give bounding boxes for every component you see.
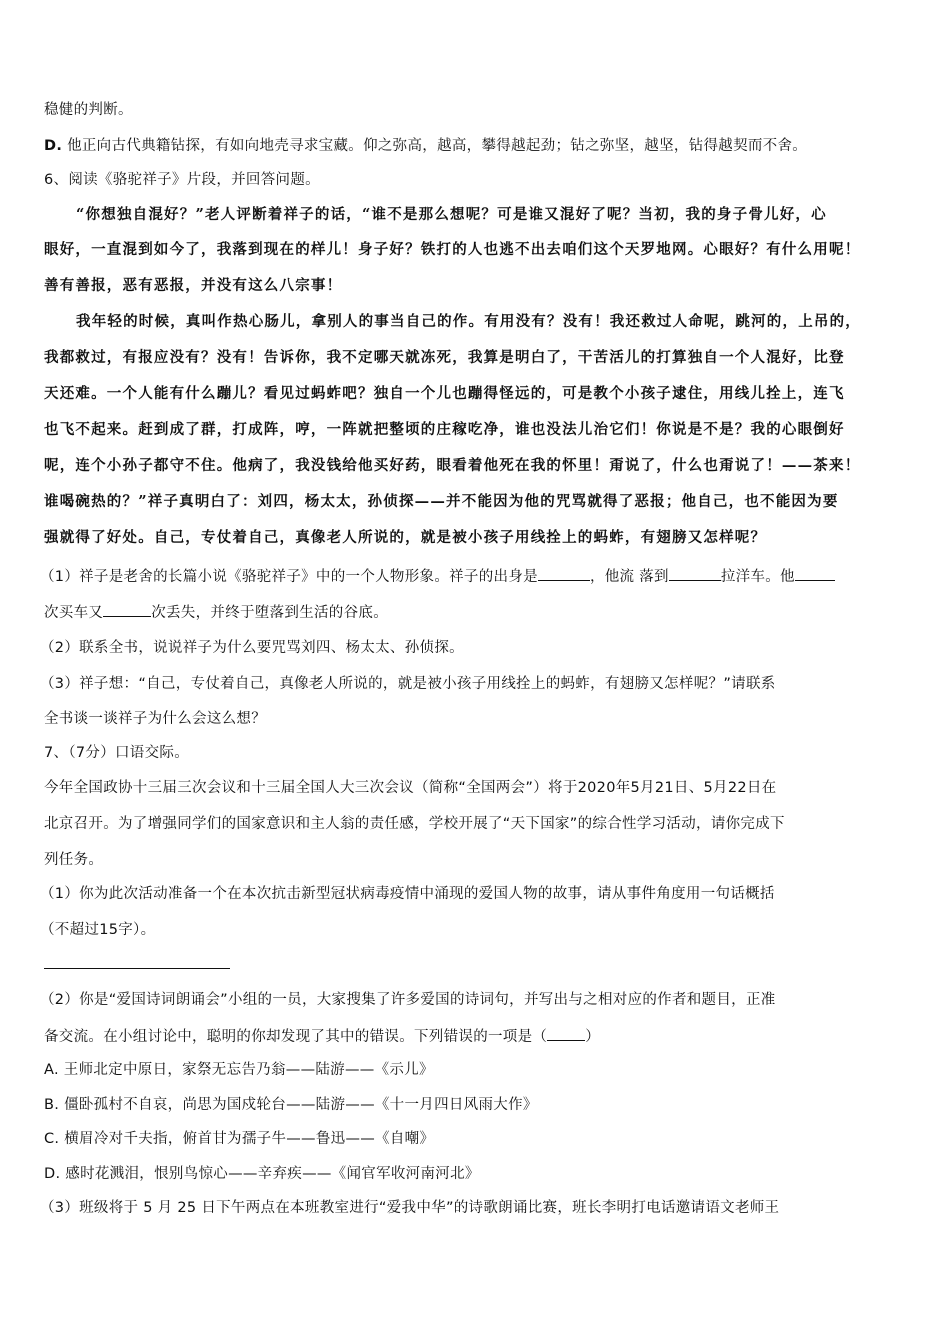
passage-line: 善有善报，恶有恶报，并没有这么八宗事！ bbox=[44, 276, 342, 296]
passage-line: 我都救过，有报应没有？没有！告诉你，我不定哪天就冻死，我算是明白了，干苦活儿的打… bbox=[44, 348, 845, 368]
question-7-1: （1）你为此次活动准备一个在本次抗击新型冠状病毒疫情中涌现的爱国人物的故事，请从… bbox=[40, 884, 775, 904]
question-text: 备交流。在小组讨论中，聪明的你却发现了其中的错误。下列错误的一项是（ bbox=[44, 1029, 547, 1045]
question-7-3: （3）班级将于 5 月 25 日下午两点在本班教室进行“爱我中华”的诗歌朗诵比赛… bbox=[40, 1198, 779, 1218]
answer-blank[interactable] bbox=[103, 602, 151, 617]
passage-line: 也飞不起来。赶到成了群，打成阵，哼，一阵就把整顷的庄稼吃净，谁也没法儿治它们！你… bbox=[44, 420, 845, 440]
question-6-1: （1）祥子是老舍的长篇小说《骆驼祥子》中的一个人物形象。祥子的出身是，他流 落到… bbox=[40, 566, 835, 587]
question-text: 次丢失，并终于堕落到生活的谷底。 bbox=[151, 605, 388, 621]
answer-blank[interactable] bbox=[538, 566, 590, 581]
answer-blank[interactable] bbox=[669, 566, 721, 581]
text-line: 今年全国政协十三届三次会议和十三届全国人大三次会议（简称“全国两会”）将于202… bbox=[44, 778, 776, 798]
question-6-title: 6、阅读《骆驼祥子》片段，并回答问题。 bbox=[44, 170, 320, 190]
text-line: 稳健的判断。 bbox=[44, 100, 133, 120]
passage-line: 强就得了好处。自己，专仗着自己，真像老人所说的，就是被小孩子用线拴上的蚂蚱，有翅… bbox=[44, 528, 766, 548]
option-a: A. 王师北定中原日，家祭无忘告乃翁——陆游——《示儿》 bbox=[44, 1060, 434, 1080]
passage-line: 我年轻的时候，真叫作热心肠儿，拿别人的事当自己的作。有用没有？没有！我还救过人命… bbox=[76, 312, 861, 332]
question-text: 次买车又 bbox=[44, 605, 103, 621]
option-text: 他正向古代典籍钻探，有如向地壳寻求宝藏。仰之弥高，越高，攀得越起劲；钻之弥坚，越… bbox=[67, 138, 807, 154]
question-6-3: （3）祥子想：“自己，专仗着自己，真像老人所说的，就是被小孩子用线拴上的蚂蚱，有… bbox=[40, 674, 776, 694]
question-7-2: （2）你是“爱国诗词朗诵会”小组的一员，大家搜集了许多爱国的诗词句，并写出与之相… bbox=[40, 990, 776, 1010]
question-6-2: （2）联系全书，说说祥子为什么要咒骂刘四、杨太太、孙侦探。 bbox=[40, 638, 464, 658]
question-text: （1）祥子是老舍的长篇小说《骆驼祥子》中的一个人物形象。祥子的出身是 bbox=[40, 569, 538, 585]
answer-blank[interactable] bbox=[795, 566, 835, 581]
question-text: ） bbox=[585, 1029, 600, 1045]
question-text: 拉洋车。他 bbox=[721, 569, 795, 585]
option-label: D. bbox=[44, 138, 62, 154]
option-d: D. 感时花溅泪，恨别鸟惊心——辛弃疾——《闻官军收河南河北》 bbox=[44, 1164, 480, 1184]
passage-line: 谁喝碗热的？”祥子真明白了：刘四，杨太太，孙侦探——并不能因为他的咒骂就得了恶报… bbox=[44, 492, 839, 512]
question-6-3-cont: 全书谈一谈祥子为什么会这么想？ bbox=[44, 709, 266, 729]
passage-line: 呢，连个小孙子都守不住。他病了，我没钱给他买好药，眼看着他死在我的怀里！甭说了，… bbox=[44, 456, 860, 476]
answer-blank[interactable] bbox=[547, 1026, 585, 1041]
passage-line: 天还难。一个人能有什么蹦儿？看见过蚂蚱吧？独自一个儿也蹦得怪远的，可是教个小孩子… bbox=[44, 384, 845, 404]
question-7-1-cont: （不超过15字）。 bbox=[40, 920, 155, 940]
answer-line[interactable] bbox=[44, 968, 230, 969]
text-line: 北京召开。为了增强同学们的国家意识和主人翁的责任感，学校开展了“天下国家”的综合… bbox=[44, 814, 785, 834]
question-7-title: 7、（7分）口语交际。 bbox=[44, 743, 189, 763]
passage-line: “你想独自混好？”老人评断着祥子的话，“谁不是那么想呢？可是谁又混好了呢？当初，… bbox=[76, 205, 827, 225]
question-text: ，他流 落到 bbox=[590, 569, 669, 585]
question-7-2-cont: 备交流。在小组讨论中，聪明的你却发现了其中的错误。下列错误的一项是（） bbox=[44, 1026, 600, 1047]
document-page: 稳健的判断。 D. 他正向古代典籍钻探，有如向地壳寻求宝藏。仰之弥高，越高，攀得… bbox=[0, 0, 950, 1344]
text-line: 列任务。 bbox=[44, 850, 103, 870]
passage-line: 眼好，一直混到如今了，我落到现在的样儿！身子好？铁打的人也逃不出去咱们这个天罗地… bbox=[44, 240, 860, 260]
option-b: B. 僵卧孤村不自哀，尚思为国戍轮台——陆游——《十一月四日风雨大作》 bbox=[44, 1095, 538, 1115]
option-c: C. 横眉冷对千夫指，俯首甘为孺子牛——鲁迅——《自嘲》 bbox=[44, 1129, 434, 1149]
question-6-1-cont: 次买车又次丢失，并终于堕落到生活的谷底。 bbox=[44, 602, 388, 623]
option-d-line: D. 他正向古代典籍钻探，有如向地壳寻求宝藏。仰之弥高，越高，攀得越起劲；钻之弥… bbox=[44, 136, 807, 156]
